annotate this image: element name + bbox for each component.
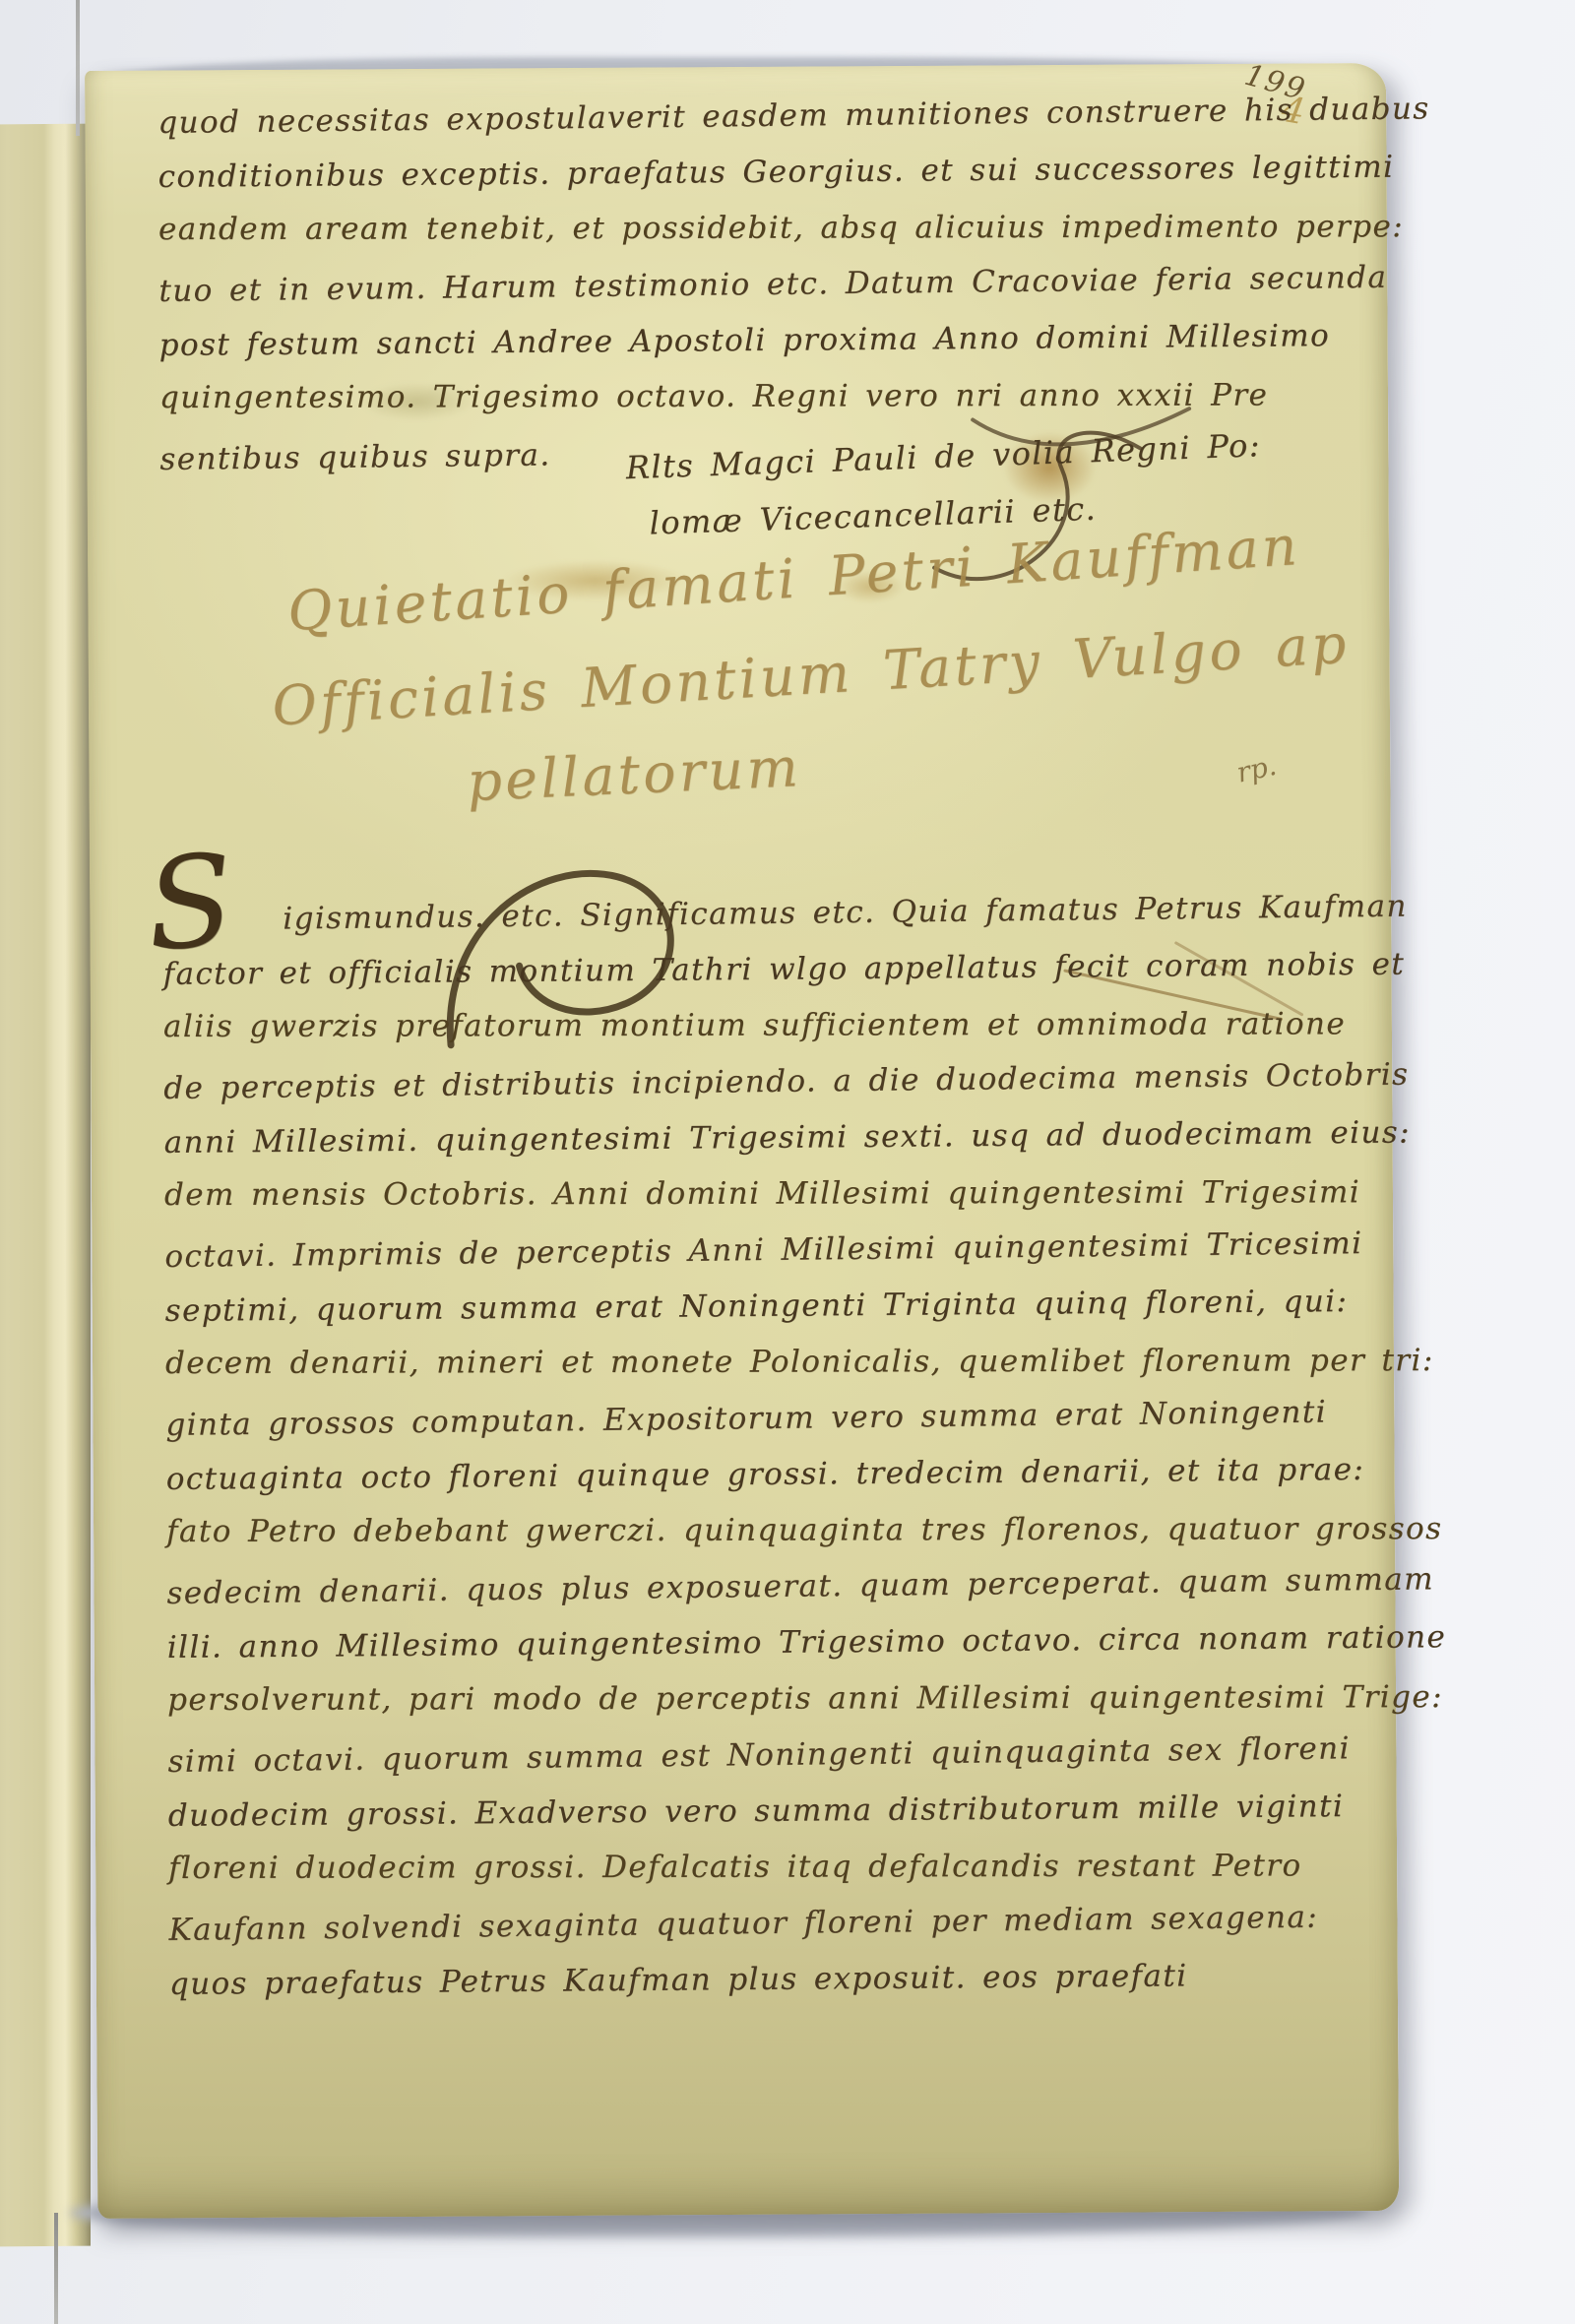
entry-heading-line: pellatorum xyxy=(466,735,802,813)
record-entry-paragraph: igismundus. etc. Significamus etc. Quia … xyxy=(162,882,1448,2012)
manuscript-line: octuaginta octo floreni quinque grossi. … xyxy=(166,1441,1446,1508)
scanned-manuscript-view: 199 4 quod necessitas expostulaverit eas… xyxy=(0,0,1575,2324)
manuscript-line: quos praefatus Petrus Kaufman plus expos… xyxy=(169,1946,1449,2013)
manuscript-line: post festum sancti Andree Apostoli proxi… xyxy=(158,307,1431,374)
manuscript-line: anni Millesimi. quingentesimi Trigesimi … xyxy=(163,1104,1443,1171)
manuscript-line: floreni duodecim grossi. Defalcatis itaq… xyxy=(168,1838,1448,1897)
binding-edge-bottom xyxy=(54,2213,58,2324)
manuscript-line: decem denarii, mineri et monete Polonica… xyxy=(165,1333,1445,1392)
manuscript-page: 199 4 quod necessitas expostulaverit eas… xyxy=(85,63,1399,2219)
manuscript-line: duodecim grossi. Exadverso vero summa di… xyxy=(168,1778,1448,1845)
manuscript-line: factor et officialis montium Tathri wlgo… xyxy=(162,936,1442,1003)
manuscript-line: fato Petro debebant gwerczi. quinquagint… xyxy=(166,1501,1446,1560)
manuscript-line: dem mensis Octobris. Anni domini Millesi… xyxy=(164,1164,1444,1224)
manuscript-line: aliis gwerzis prefatorum montium suffici… xyxy=(163,996,1443,1055)
manuscript-line: eandem aream tenebit, et possidebit, abs… xyxy=(158,199,1430,258)
manuscript-line: septimi, quorum summa erat Noningenti Tr… xyxy=(164,1273,1444,1340)
manuscript-line: illi. anno Millesimo quingentesimo Trige… xyxy=(167,1609,1447,1676)
binding-edge-top xyxy=(76,0,80,136)
marginal-mark: rp. xyxy=(1233,749,1279,789)
manuscript-line: conditionibus exceptis. praefatus Georgi… xyxy=(157,139,1430,206)
manuscript-line: persolverunt, pari modo de perceptis ann… xyxy=(167,1669,1447,1728)
facing-page-gutter xyxy=(0,124,91,2247)
